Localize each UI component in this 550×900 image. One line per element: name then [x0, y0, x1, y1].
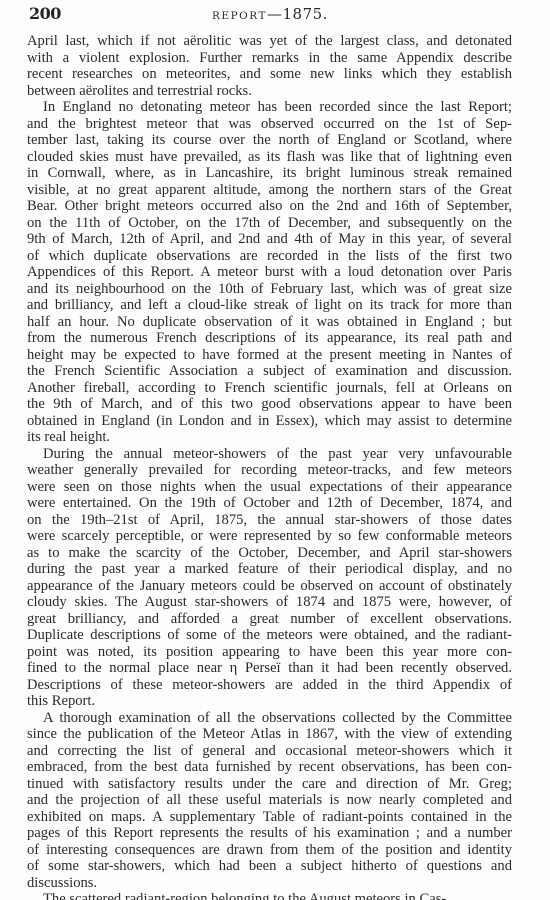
text-line: fined to the normal place near η Perseï …	[27, 660, 512, 677]
text-line: embraced, from the best data furnished b…	[27, 759, 512, 776]
text-line: on the 11th of October, on the 17th of D…	[27, 215, 512, 232]
text-line: and the projection of all these useful m…	[27, 792, 512, 809]
text-line: 9th of March, 12th of April, and 2nd and…	[27, 231, 512, 248]
text-line: Bear. Other bright meteors occurred also…	[27, 198, 512, 215]
text-line: weather generally prevailed for recordin…	[27, 462, 512, 479]
text-line: exhibited on maps. A supplementary Table…	[27, 809, 512, 826]
text-line: of which duplicate observations are reco…	[27, 248, 512, 265]
text-line: were scarcely perceptible, or were repre…	[27, 528, 512, 545]
paragraph: In England no detonating meteor has been…	[27, 99, 512, 446]
text-line: and its neighbourhood on the 10th of Feb…	[27, 281, 512, 298]
text-line: During the annual meteor-showers of the …	[27, 446, 512, 463]
text-line: appearance of the January meteors could …	[27, 578, 512, 595]
paragraph: The scattered radiant-region belonging t…	[27, 891, 512, 900]
text-line: The scattered radiant-region belonging t…	[27, 891, 512, 900]
text-line: of some star-showers, which had been a s…	[27, 858, 512, 875]
text-line: this Report.	[27, 693, 512, 710]
text-line: visible, at no great apparent altitude, …	[27, 182, 512, 199]
text-line: April last, which if not aërolitic was y…	[27, 33, 512, 50]
running-head: REPORT—1875.	[29, 5, 511, 23]
text-line: pages of this Report represents the resu…	[27, 825, 512, 842]
text-line: on the 19th–21st of April, 1875, the ann…	[27, 512, 512, 529]
text-line: from the numerous French descriptions of…	[27, 330, 512, 347]
text-line: tinued with satisfactory results under t…	[27, 776, 512, 793]
text-line: since the publication of the Meteor Atla…	[27, 726, 512, 743]
text-line: between aërolites and terrestrial rocks.	[27, 83, 512, 100]
text-line: its real height.	[27, 429, 512, 446]
text-line: during the past year a marked feature of…	[27, 561, 512, 578]
document-page: 200 REPORT—1875. April last, which if no…	[0, 0, 550, 900]
text-line: were entertained. On the 19th of October…	[27, 495, 512, 512]
paragraph: A thorough examination of all the observ…	[27, 710, 512, 892]
text-line: with a violent explosion. Further remark…	[27, 50, 512, 67]
text-line: In England no detonating meteor has been…	[27, 99, 512, 116]
running-head-year: —1875.	[267, 5, 328, 23]
text-line: obtained in England (in London and in Es…	[27, 413, 512, 430]
text-line: height may be expected to have formed at…	[27, 347, 512, 364]
page-header: 200 REPORT—1875.	[29, 4, 511, 24]
text-line: discussions.	[27, 875, 512, 892]
running-head-title: REPORT	[212, 10, 267, 22]
text-line: tember last, taking its course over the …	[27, 132, 512, 149]
text-line: Another fireball, according to French sc…	[27, 380, 512, 397]
text-line: cloudy skies. The August star-showers of…	[27, 594, 512, 611]
body-text: April last, which if not aërolitic was y…	[27, 33, 512, 900]
text-line: clouded skies must have prevailed, as it…	[27, 149, 512, 166]
text-line: the 9th of March, and of this two good o…	[27, 396, 512, 413]
text-line: and correcting the list of general and o…	[27, 743, 512, 760]
text-line: in Cornwall, where, as in Lancashire, it…	[27, 165, 512, 182]
text-line: and the brightest meteor that was observ…	[27, 116, 512, 133]
text-line: as to make the scarcity of the October, …	[27, 545, 512, 562]
text-line: Duplicate descriptions of some of the me…	[27, 627, 512, 644]
text-line: of interesting consequences are drawn fr…	[27, 842, 512, 859]
text-line: were seen on those nights when the usual…	[27, 479, 512, 496]
text-line: recent researches on meteorites, and som…	[27, 66, 512, 83]
text-line: Descriptions of these meteor-showers are…	[27, 677, 512, 694]
text-line: Appendices of this Report. A meteor burs…	[27, 264, 512, 281]
text-line: half an hour. No duplicate observation o…	[27, 314, 512, 331]
paragraph: During the annual meteor-showers of the …	[27, 446, 512, 710]
text-line: great brilliancy, and afforded a great n…	[27, 611, 512, 628]
text-line: the French Scientific Association a subj…	[27, 363, 512, 380]
paragraph: April last, which if not aërolitic was y…	[27, 33, 512, 99]
text-line: A thorough examination of all the observ…	[27, 710, 512, 727]
text-line: point was noted, its position appearing …	[27, 644, 512, 661]
text-line: and brilliancy, and left a cloud-like st…	[27, 297, 512, 314]
